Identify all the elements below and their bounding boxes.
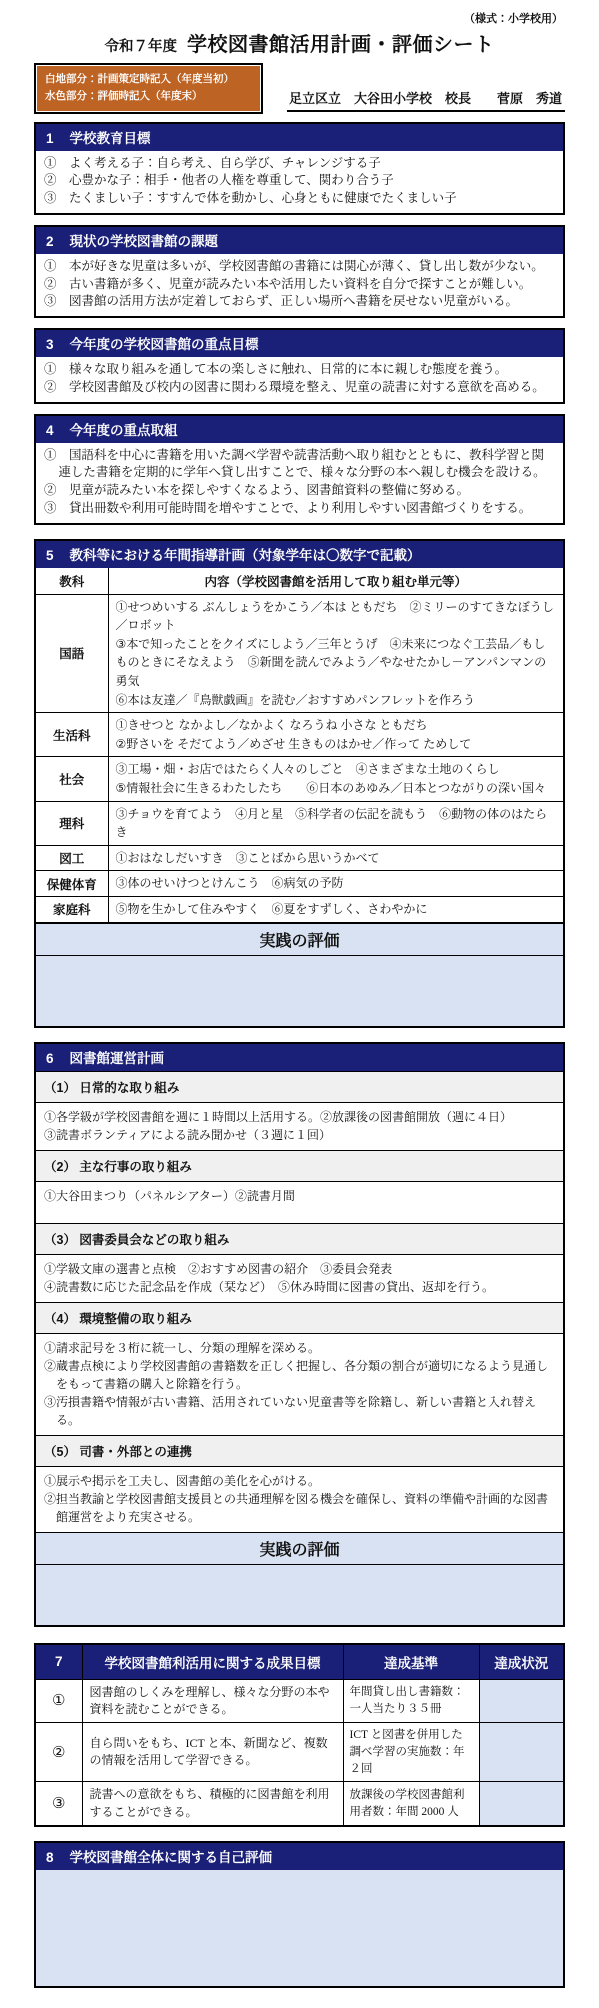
subject-cell: 社会 <box>36 757 108 801</box>
goal-number: ② <box>36 1723 82 1782</box>
status-input-cell[interactable] <box>479 1782 563 1825</box>
header-row: 白地部分：計画策定時記入（年度当初） 水色部分：評価時記入（年度末） 足立区立 … <box>34 65 565 112</box>
subject-cell: 生活科 <box>36 713 108 757</box>
section-title: 学校教育目標 <box>70 127 151 147</box>
list-item: ① 本が好きな児童は多いが、学校図書館の書籍には関心が薄く、貸し出し数が少ない。 <box>44 258 555 276</box>
section-2-body: ① 本が好きな児童は多いが、学校図書館の書籍には関心が薄く、貸し出し数が少ない。… <box>36 254 563 316</box>
section-title: 教科等における年間指導計画（対象学年は〇数字で記載） <box>70 544 421 564</box>
section-5-header: 5 教科等における年間指導計画（対象学年は〇数字で記載） <box>36 541 563 568</box>
section-4-body: ① 国語科を中心に書籍を用いた調べ学習や読書活動へ取り組むとともに、教科学習と関… <box>36 443 563 523</box>
column-header-content: 内容（学校図書館を活用して取り組む単元等） <box>108 568 563 595</box>
subject-cell: 理科 <box>36 801 108 845</box>
section-annual-plan: 5 教科等における年間指導計画（対象学年は〇数字で記載） 教科 内容（学校図書館… <box>34 539 565 1028</box>
section-6-header: 6 図書館運営計画 <box>36 1044 563 1071</box>
section-number: 1 <box>46 131 54 146</box>
section-3-body: ① 様々な取り組みを通して本の楽しさに触れ、日常的に本に親しむ態度を養う。 ② … <box>36 357 563 402</box>
subsection-events-body: ①大谷田まつり（パネルシアター）②読書月間 <box>36 1182 563 1223</box>
section-1-body: ① よく考える子：自ら考え、自ら学び、チャレンジする子 ② 心豊かな子：相手・他… <box>36 151 563 213</box>
form-note: （様式：小学校用） <box>34 10 565 26</box>
list-item: ② 古い書籍が多く、児童が読みたい本や活用したい資料を自分で探すことが難しい。 <box>44 276 555 294</box>
section-8-header: 8 学校図書館全体に関する自己評価 <box>36 1843 563 1870</box>
annual-plan-table: 教科 内容（学校図書館を活用して取り組む単元等） 国語 ①せつめいする ぶんしょ… <box>36 568 563 923</box>
subsection-daily-body: ①各学級が学校図書館を週に１時間以上活用する。②放課後の図書館開放（週に４日） … <box>36 1103 563 1150</box>
column-header-criteria: 達成基準 <box>343 1645 479 1680</box>
subject-cell: 家庭科 <box>36 896 108 922</box>
list-item: ①展示や掲示を工夫し、図書館の美化を心がける。 <box>44 1472 555 1490</box>
subsection-events-header: （2） 主な行事の取り組み <box>36 1150 563 1182</box>
content-cell: ①おはなしだいすき ③ことばから思いうかべて <box>108 845 563 871</box>
list-item: ①学級文庫の選書と点検 ②おすすめ図書の紹介 ③委員会発表 <box>44 1260 555 1278</box>
list-item: ④読書数に応じた記念品を作成（栞など） ⑤休み時間に図書の貸出、返却を行う。 <box>44 1278 555 1296</box>
content-cell: ①せつめいする ぶんしょうをかこう／本は ともだち ②ミリーのすてきなぼうし／ロ… <box>108 594 563 713</box>
section-self-evaluation: 8 学校図書館全体に関する自己評価 <box>34 1841 565 1988</box>
section-4-header: 4 今年度の重点取組 <box>36 416 563 443</box>
table-row: 国語 ①せつめいする ぶんしょうをかこう／本は ともだち ②ミリーのすてきなぼう… <box>36 594 563 713</box>
subject-cell: 国語 <box>36 594 108 713</box>
column-header-status: 達成状況 <box>479 1645 563 1680</box>
section-outcome-goals: 7 学校図書館利活用に関する成果目標 達成基準 達成状況 ① 図書館のしくみを理… <box>34 1643 565 1828</box>
section-1-header: 1 学校教育目標 <box>36 124 563 151</box>
section-number: 4 <box>46 423 54 438</box>
era-label: 令和７年度 <box>105 39 178 55</box>
practice-evaluation-input-area[interactable] <box>36 956 563 1026</box>
list-item: ① 国語科を中心に書籍を用いた調べ学習や読書活動へ取り組むとともに、教科学習と関… <box>44 447 555 483</box>
outcome-goals-table: 7 学校図書館利活用に関する成果目標 達成基準 達成状況 ① 図書館のしくみを理… <box>36 1645 563 1826</box>
column-header-subject: 教科 <box>36 568 108 595</box>
subsection-committee-body: ①学級文庫の選書と点検 ②おすすめ図書の紹介 ③委員会発表 ④読書数に応じた記念… <box>36 1255 563 1302</box>
subject-cell: 図工 <box>36 845 108 871</box>
subsection-environment-header: （4） 環境整備の取り組み <box>36 1302 563 1334</box>
practice-evaluation-header: 実践の評価 <box>36 923 563 956</box>
table-row: 理科 ③チョウを育てよう ④月と星 ⑤科学者の伝記を読もう ⑥動物の体のはたらき <box>36 801 563 845</box>
section-title: 学校図書館全体に関する自己評価 <box>70 1846 273 1866</box>
table-row: 保健体育 ③体のせいけつとけんこう ⑥病気の予防 <box>36 871 563 897</box>
content-cell: ⑤物を生かして住みやすく ⑥夏をすずしく、さわやかに <box>108 896 563 922</box>
legend-line-eval: 水色部分：評価時記入（年度末） <box>45 88 252 105</box>
content-cell: ③工場・畑・お店ではたらく人々のしごと ④さまざまな土地のくらし ⑤情報社会に生… <box>108 757 563 801</box>
practice-evaluation-header: 実践の評価 <box>36 1532 563 1565</box>
table-row: ③ 読書への意欲をもち、積極的に図書館を利用することができる。 放課後の学校図書… <box>36 1782 563 1825</box>
column-header-goal: 学校図書館利活用に関する成果目標 <box>82 1645 343 1680</box>
section-current-issues: 2 現状の学校図書館の課題 ① 本が好きな児童は多いが、学校図書館の書籍には関心… <box>34 225 565 318</box>
section-number: 7 <box>36 1645 82 1680</box>
table-row: 生活科 ①きせつと なかよし／なかよく なろうね 小さな ともだち ②野さいを … <box>36 713 563 757</box>
list-item: ② 児童が読みたい本を探しやすくなるよう、図書館資料の整備に努める。 <box>44 482 555 500</box>
content-cell: ③チョウを育てよう ④月と星 ⑤科学者の伝記を読もう ⑥動物の体のはたらき <box>108 801 563 845</box>
section-number: 5 <box>46 548 54 563</box>
goal-number: ① <box>36 1679 82 1723</box>
criteria-cell: ICT と図書を併用した調べ学習の実施数：年２回 <box>343 1723 479 1782</box>
table-row: ① 図書館のしくみを理解し、様々な分野の本や資料を読むことができる。 年間貸し出… <box>36 1679 563 1723</box>
goal-cell: 読書への意欲をもち、積極的に図書館を利用することができる。 <box>82 1782 343 1825</box>
section-operation-plan: 6 図書館運営計画 （1） 日常的な取り組み ①各学級が学校図書館を週に１時間以… <box>34 1042 565 1627</box>
table-header-row: 7 学校図書館利活用に関する成果目標 達成基準 達成状況 <box>36 1645 563 1680</box>
list-item: ② 学校図書館及び校内の図書に関わる環境を整え、児童の読書に対する意欲を高める。 <box>44 379 555 397</box>
section-priority-actions: 4 今年度の重点取組 ① 国語科を中心に書籍を用いた調べ学習や読書活動へ取り組む… <box>34 414 565 525</box>
subsection-librarian-header: （5） 司書・外部との連携 <box>36 1435 563 1467</box>
list-item: ①請求記号を３桁に統一し、分類の理解を深める。 <box>44 1339 555 1357</box>
subsection-daily-header: （1） 日常的な取り組み <box>36 1071 563 1103</box>
section-title: 今年度の学校図書館の重点目標 <box>70 333 259 353</box>
subject-cell: 保健体育 <box>36 871 108 897</box>
list-item: ① 様々な取り組みを通して本の楽しさに触れ、日常的に本に親しむ態度を養う。 <box>44 361 555 379</box>
section-school-goals: 1 学校教育目標 ① よく考える子：自ら考え、自ら学び、チャレンジする子 ② 心… <box>34 122 565 215</box>
table-row: 社会 ③工場・畑・お店ではたらく人々のしごと ④さまざまな土地のくらし ⑤情報社… <box>36 757 563 801</box>
section-number: 6 <box>46 1051 54 1066</box>
library-plan-sheet: （様式：小学校用） 令和７年度学校図書館活用計画・評価シート 白地部分：計画策定… <box>34 0 565 2008</box>
section-title: 現状の学校図書館の課題 <box>70 230 219 250</box>
table-header-row: 教科 内容（学校図書館を活用して取り組む単元等） <box>36 568 563 595</box>
section-title: 今年度の重点取組 <box>70 419 178 439</box>
content-cell: ①きせつと なかよし／なかよく なろうね 小さな ともだち ②野さいを そだてよ… <box>108 713 563 757</box>
list-item: ②担当教諭と学校図書館支援員との共通理解を図る機会を確保し、資料の準備や計画的な… <box>44 1490 555 1526</box>
legend-line-plan: 白地部分：計画策定時記入（年度当初） <box>45 71 252 88</box>
list-item: ②蔵書点検により学校図書館の書籍数を正しく把握し、各分類の割合が適切になるよう見… <box>44 1357 555 1393</box>
list-item: ③ たくましい子：すすんで体を動かし、心身ともに健康でたくましい子 <box>44 190 555 208</box>
list-item: ③読書ボランティアによる読み聞かせ（３週に１回） <box>44 1126 555 1144</box>
list-item: ③汚損書籍や情報が古い書籍、活用されていない児童書等を除籍し、新しい書籍と入れ替… <box>44 1393 555 1429</box>
section-number: 3 <box>46 337 54 352</box>
legend-box: 白地部分：計画策定時記入（年度当初） 水色部分：評価時記入（年度末） <box>36 65 261 112</box>
subsection-committee-header: （3） 図書委員会などの取り組み <box>36 1223 563 1255</box>
self-evaluation-input-area[interactable] <box>36 1870 563 1986</box>
school-principal-line: 足立区立 大谷田小学校 校長 菅原 秀道 <box>287 88 565 112</box>
table-row: 家庭科 ⑤物を生かして住みやすく ⑥夏をすずしく、さわやかに <box>36 896 563 922</box>
goal-number: ③ <box>36 1782 82 1825</box>
section-title: 図書館運営計画 <box>70 1047 165 1067</box>
content-cell: ③体のせいけつとけんこう ⑥病気の予防 <box>108 871 563 897</box>
table-row: ② 自ら問いをもち、ICT と本、新聞など、複数の情報を活用して学習できる。 I… <box>36 1723 563 1782</box>
criteria-cell: 年間貸し出し書籍数： 一人当たり３５冊 <box>343 1679 479 1723</box>
section-number: 8 <box>46 1850 54 1865</box>
list-item: ③ 貸出冊数や利用可能時間を増やすことで、より利用しやすい図書館づくりをする。 <box>44 500 555 518</box>
status-input-cell[interactable] <box>479 1723 563 1782</box>
section-number: 2 <box>46 234 54 249</box>
page-title: 令和７年度学校図書館活用計画・評価シート <box>34 28 565 57</box>
list-item: ② 心豊かな子：相手・他者の人権を尊重して、関わり合う子 <box>44 172 555 190</box>
goal-cell: 自ら問いをもち、ICT と本、新聞など、複数の情報を活用して学習できる。 <box>82 1723 343 1782</box>
list-item: ①各学級が学校図書館を週に１時間以上活用する。②放課後の図書館開放（週に４日） <box>44 1108 555 1126</box>
section-3-header: 3 今年度の学校図書館の重点目標 <box>36 330 563 357</box>
subsection-librarian-body: ①展示や掲示を工夫し、図書館の美化を心がける。 ②担当教諭と学校図書館支援員との… <box>36 1467 563 1532</box>
section-priority-goals: 3 今年度の学校図書館の重点目標 ① 様々な取り組みを通して本の楽しさに触れ、日… <box>34 328 565 404</box>
criteria-cell: 放課後の学校図書館利用者数：年間 2000 人 <box>343 1782 479 1825</box>
section-2-header: 2 現状の学校図書館の課題 <box>36 227 563 254</box>
goal-cell: 図書館のしくみを理解し、様々な分野の本や資料を読むことができる。 <box>82 1679 343 1723</box>
title-text: 学校図書館活用計画・評価シート <box>187 34 495 56</box>
status-input-cell[interactable] <box>479 1679 563 1723</box>
table-row: 図工 ①おはなしだいすき ③ことばから思いうかべて <box>36 845 563 871</box>
list-item: ③ 図書館の活用方法が定着しておらず、正しい場所へ書籍を戻せない児童がいる。 <box>44 293 555 311</box>
subsection-environment-body: ①請求記号を３桁に統一し、分類の理解を深める。 ②蔵書点検により学校図書館の書籍… <box>36 1334 563 1435</box>
list-item: ① よく考える子：自ら考え、自ら学び、チャレンジする子 <box>44 155 555 173</box>
list-item: ①大谷田まつり（パネルシアター）②読書月間 <box>44 1187 555 1205</box>
